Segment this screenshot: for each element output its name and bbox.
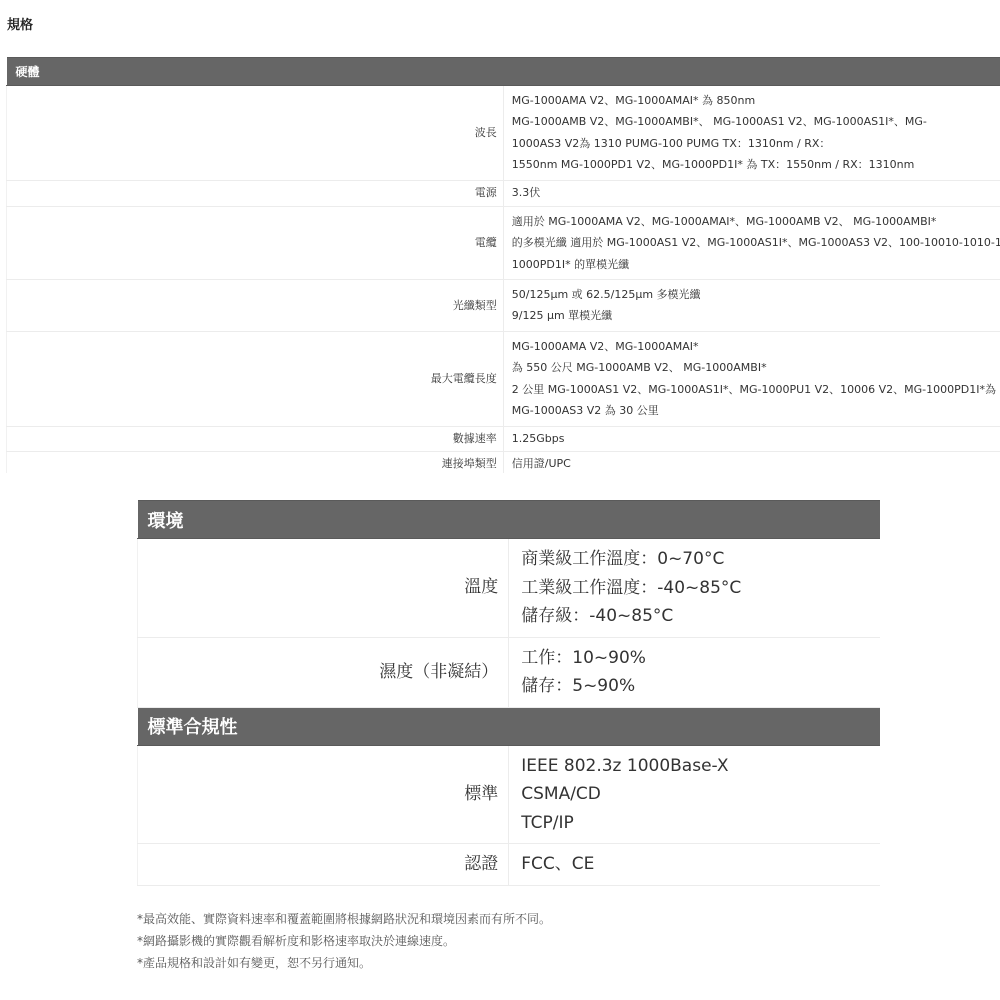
row-value: FCC、CE — [509, 844, 880, 886]
section-header-hardware: 硬體 — [7, 58, 1000, 86]
hardware-spec-table: 硬體 波長 MG-1000AMA V2、MG-1000AMAI* 為 850nm… — [6, 57, 1000, 473]
value-line: 9/125 μm 單模光纖 — [512, 305, 1000, 326]
row-label: 數據速率 — [7, 426, 504, 452]
row-value: MG-1000AMA V2、MG-1000AMAI* 為 550 公尺 MG-1… — [503, 331, 1000, 426]
value-line: 50/125μm 或 62.5/125μm 多模光纖 — [512, 284, 1000, 305]
footnotes: *最高效能、實際資料速率和覆蓋範圍將根據網路狀況和環境因素而有所不同。 *網路攝… — [137, 908, 551, 975]
section-header-environment: 環境 — [138, 501, 881, 539]
value-line: MG-1000AMA V2、MG-1000AMAI* — [512, 336, 1000, 357]
value-line: 為 550 公尺 MG-1000AMB V2、 MG-1000AMBI* — [512, 357, 1000, 378]
value-line: 儲存：5~90% — [521, 672, 880, 701]
value-line: CSMA/CD — [521, 780, 880, 809]
row-label: 光纖類型 — [7, 279, 504, 331]
value-line: TCP/IP — [521, 809, 880, 838]
row-label: 溫度 — [138, 539, 509, 638]
row-value: 信用證/UPC — [503, 452, 1000, 473]
row-value: 50/125μm 或 62.5/125μm 多模光纖 9/125 μm 單模光纖 — [503, 279, 1000, 331]
row-label: 電纜 — [7, 206, 504, 279]
row-value: IEEE 802.3z 1000Base-X CSMA/CD TCP/IP — [509, 745, 880, 844]
row-label: 標準 — [138, 745, 509, 844]
row-value: 3.3伏 — [503, 180, 1000, 206]
table-row-wavelength: 波長 MG-1000AMA V2、MG-1000AMAI* 為 850nm MG… — [7, 86, 1000, 181]
value-line: MG-1000AMA V2、MG-1000AMAI* 為 850nm — [512, 90, 1000, 111]
footnote: *產品規格和設計如有變更，恕不另行通知。 — [137, 952, 551, 974]
value-line: 1000AS3 V2為 1310 PUMG-100 PUMG TX：1310nm… — [512, 133, 1000, 154]
value-line: 工作：10~90% — [521, 644, 880, 673]
row-value: 商業級工作溫度：0~70°C 工業級工作溫度：-40~85°C 儲存級：-40~… — [509, 539, 880, 638]
row-label: 連接埠類型 — [7, 452, 504, 473]
value-line: IEEE 802.3z 1000Base-X — [521, 752, 880, 781]
table-row-temperature: 溫度 商業級工作溫度：0~70°C 工業級工作溫度：-40~85°C 儲存級：-… — [138, 539, 881, 638]
value-line: 3.3伏 — [512, 183, 1000, 204]
value-line: 2 公里 MG-1000AS1 V2、MG-1000AS1I*、MG-1000P… — [512, 379, 1000, 400]
row-value: MG-1000AMA V2、MG-1000AMAI* 為 850nm MG-10… — [503, 86, 1000, 181]
footnote: *網路攝影機的實際觀看解析度和影格速率取決於連線速度。 — [137, 930, 551, 952]
page-title: 規格 — [7, 14, 33, 33]
row-label: 電源 — [7, 180, 504, 206]
row-value: 1.25Gbps — [503, 426, 1000, 452]
section-header-compliance: 標準合規性 — [138, 707, 881, 745]
value-line: FCC、CE — [521, 850, 880, 879]
row-value: 適用於 MG-1000AMA V2、MG-1000AMAI*、MG-1000AM… — [503, 206, 1000, 279]
table-row-fiber-type: 光纖類型 50/125μm 或 62.5/125μm 多模光纖 9/125 μm… — [7, 279, 1000, 331]
row-value: 工作：10~90% 儲存：5~90% — [509, 637, 880, 707]
value-line: MG-1000AS3 V2 為 30 公里 — [512, 400, 1000, 421]
table-row-port-type: 連接埠類型 信用證/UPC — [7, 452, 1000, 473]
table-row-data-rate: 數據速率 1.25Gbps — [7, 426, 1000, 452]
row-label: 認證 — [138, 844, 509, 886]
row-label: 濕度（非凝結） — [138, 637, 509, 707]
value-line: 商業級工作溫度：0~70°C — [521, 545, 880, 574]
value-line: 信用證/UPC — [512, 454, 1000, 473]
table-row-certification: 認證 FCC、CE — [138, 844, 881, 886]
value-line: 的多模光纖 適用於 MG-1000AS1 V2、MG-1000AS1I*、MG-… — [512, 232, 1000, 253]
table-row-cable: 電纜 適用於 MG-1000AMA V2、MG-1000AMAI*、MG-100… — [7, 206, 1000, 279]
table-row-standards: 標準 IEEE 802.3z 1000Base-X CSMA/CD TCP/IP — [138, 745, 881, 844]
value-line: 1000PD1I* 的單模光纖 — [512, 254, 1000, 275]
value-line: MG-1000AMB V2、MG-1000AMBI*、 MG-1000AS1 V… — [512, 111, 1000, 132]
table-row-max-cable-length: 最大電纜長度 MG-1000AMA V2、MG-1000AMAI* 為 550 … — [7, 331, 1000, 426]
value-line: 適用於 MG-1000AMA V2、MG-1000AMAI*、MG-1000AM… — [512, 211, 1000, 232]
row-label: 最大電纜長度 — [7, 331, 504, 426]
footnote: *最高效能、實際資料速率和覆蓋範圍將根據網路狀況和環境因素而有所不同。 — [137, 908, 551, 930]
value-line: 工業級工作溫度：-40~85°C — [521, 574, 880, 603]
table-row-humidity: 濕度（非凝結） 工作：10~90% 儲存：5~90% — [138, 637, 881, 707]
row-label: 波長 — [7, 86, 504, 181]
value-line: 1550nm MG-1000PD1 V2、MG-1000PD1I* 為 TX：1… — [512, 154, 1000, 175]
value-line: 儲存級：-40~85°C — [521, 602, 880, 631]
table-row-power: 電源 3.3伏 — [7, 180, 1000, 206]
environment-spec-table: 環境 溫度 商業級工作溫度：0~70°C 工業級工作溫度：-40~85°C 儲存… — [137, 500, 880, 886]
value-line: 1.25Gbps — [512, 429, 1000, 450]
